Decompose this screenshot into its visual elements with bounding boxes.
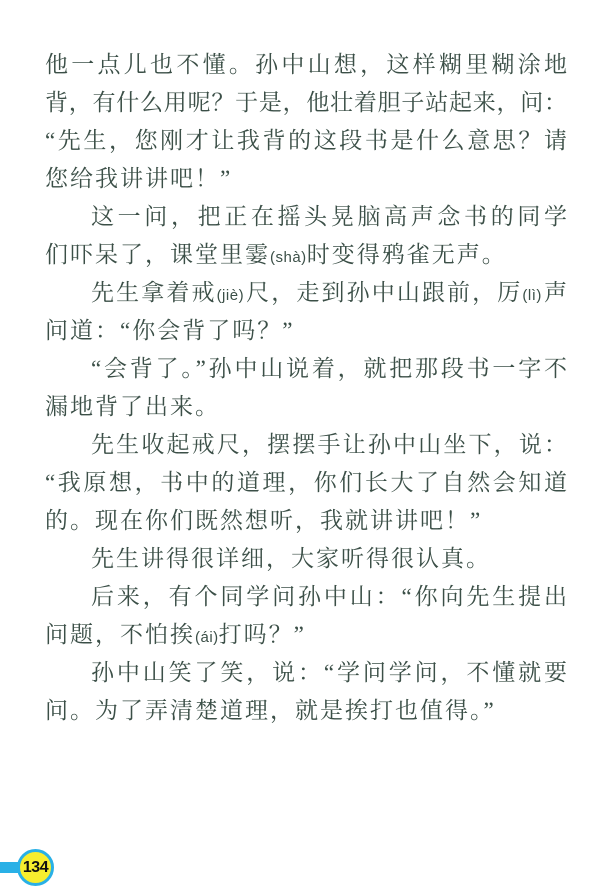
text-run: 您给我讲讲吧！” [45, 166, 232, 191]
text-run: 他一点儿也不懂。孙中山想，这样糊里糊涂地 [45, 52, 567, 77]
text-line: 这一问，把正在摇头晃脑高声念书的同学 [45, 198, 567, 236]
text-run: 尺，走到孙中山跟前，厉 [244, 280, 522, 305]
text-line: 先生讲得很详细，大家听得很认真。 [45, 540, 567, 578]
text-line: 们吓呆了，课堂里霎(shà)时变得鸦雀无声。 [45, 236, 567, 274]
text-line: 先生收起戒尺，摆摆手让孙中山坐下，说： [45, 426, 567, 464]
lesson-text: 他一点儿也不懂。孙中山想，这样糊里糊涂地背，有什么用呢？于是，他壮着胆子站起来，… [45, 46, 567, 730]
text-line: “会背了。”孙中山说着，就把那段书一字不 [45, 350, 567, 388]
text-run: 问。为了弄清楚道理，就是挨打也值得。” [45, 698, 496, 723]
text-line: 您给我讲讲吧！” [45, 160, 567, 198]
text-line: 他一点儿也不懂。孙中山想，这样糊里糊涂地 [45, 46, 567, 84]
text-run: “会背了。”孙中山说着，就把那段书一字不 [91, 356, 567, 381]
page-number-badge: 134 [17, 849, 54, 886]
text-line: “我原想，书中的道理，你们长大了自然会知道 [45, 464, 567, 502]
text-run: 孙中山笑了笑，说：“学问学问，不懂就要 [91, 660, 567, 685]
text-line: 先生拿着戒(jiè)尺，走到孙中山跟前，厉(lì)声 [45, 274, 567, 312]
text-run: 打吗？” [219, 622, 306, 647]
text-run: 先生拿着戒 [91, 280, 217, 305]
text-run: “我原想，书中的道理，你们长大了自然会知道 [45, 470, 567, 495]
pinyin-annotation: (ái) [195, 629, 219, 646]
page-number: 134 [23, 859, 48, 877]
text-line: 漏地背了出来。 [45, 388, 567, 426]
text-line: 背，有什么用呢？于是，他壮着胆子站起来，问： [45, 84, 567, 122]
pinyin-annotation: (shà) [270, 249, 307, 266]
text-run: 这一问，把正在摇头晃脑高声念书的同学 [91, 204, 567, 229]
text-run: 漏地背了出来。 [45, 394, 220, 419]
text-run: 先生收起戒尺，摆摆手让孙中山坐下，说： [91, 432, 567, 457]
text-line: 问题，不怕挨(ái)打吗？” [45, 616, 567, 654]
text-line: 后来，有个同学问孙中山：“你向先生提出 [45, 578, 567, 616]
text-line: 问。为了弄清楚道理，就是挨打也值得。” [45, 692, 567, 730]
textbook-page: 他一点儿也不懂。孙中山想，这样糊里糊涂地背，有什么用呢？于是，他壮着胆子站起来，… [0, 0, 600, 896]
text-run: “先生，您刚才让我背的这段书是什么意思？请 [45, 128, 567, 153]
text-run: 先生讲得很详细，大家听得很认真。 [91, 546, 491, 571]
text-line: 的。现在你们既然想听，我就讲讲吧！” [45, 502, 567, 540]
text-run: 时变得鸦雀无声。 [307, 242, 507, 267]
text-run: 声 [542, 280, 567, 305]
pinyin-annotation: (lì) [522, 287, 542, 304]
pinyin-annotation: (jiè) [217, 287, 245, 304]
text-run: 后来，有个同学问孙中山：“你向先生提出 [91, 584, 567, 609]
text-run: 问道：“你会背了吗？” [45, 318, 294, 343]
text-line: “先生，您刚才让我背的这段书是什么意思？请 [45, 122, 567, 160]
text-line: 孙中山笑了笑，说：“学问学问，不懂就要 [45, 654, 567, 692]
text-run: 问题，不怕挨 [45, 622, 195, 647]
text-run: 的。现在你们既然想听，我就讲讲吧！” [45, 508, 482, 533]
text-run: 背，有什么用呢？于是，他壮着胆子站起来，问： [45, 90, 567, 115]
text-run: 们吓呆了，课堂里霎 [45, 242, 270, 267]
text-line: 问道：“你会背了吗？” [45, 312, 567, 350]
